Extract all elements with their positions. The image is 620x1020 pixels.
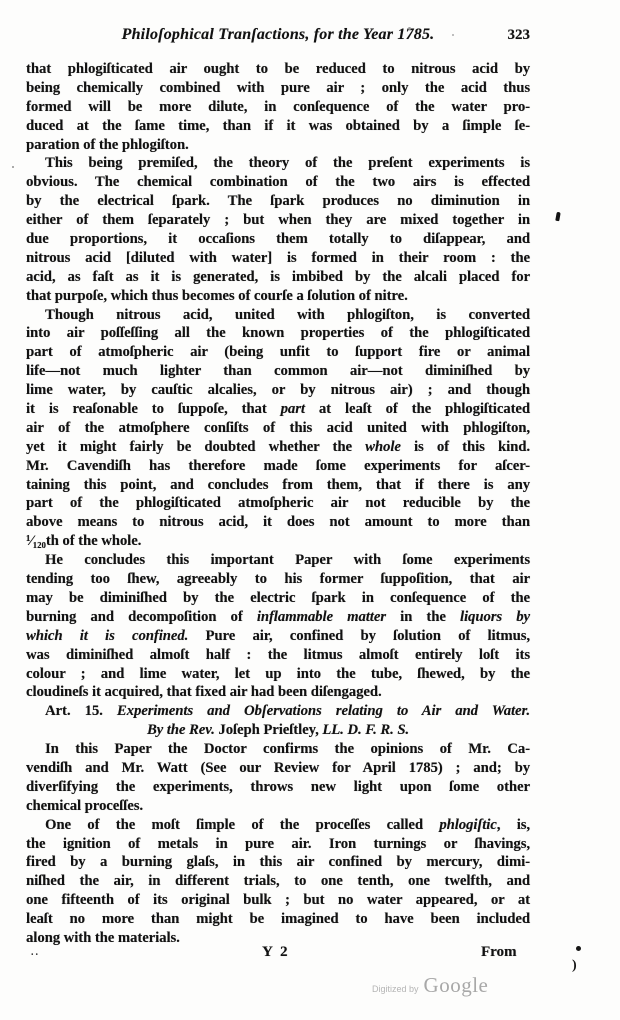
text-line: by the electrical ſpark. The ſpark produ… [26,192,530,211]
text-line: duced at the ſame time, than if it was o… [26,117,530,136]
text-line: tending too ſhew, agreeably to his forme… [26,570,530,589]
text-line: In this Paper the Doctor confirms the op… [26,740,530,759]
text-line: part of atmoſpheric air (being unfit to … [26,343,530,362]
page-number: 323 [508,27,531,44]
text-line: formed will be more dilute, in conſequen… [26,98,530,117]
text-line: above means to nitrous acid, it does not… [26,513,530,532]
text-line: obvious. The chemical combination of the… [26,173,530,192]
text-line: either of them ſeparately ; but when the… [26,211,530,230]
text-line: By the Rev. Joſeph Prieſtley, LL. D. F. … [26,721,530,740]
text-line: This being premiſed, the theory of the p… [26,154,530,173]
text-line: Mr. Cavendiſh has therefore made ſome ex… [26,457,530,476]
paragraph-3: Though nitrous acid, united with phlogiſ… [26,306,530,552]
text-line: diverſifying the experiments, throws new… [26,778,530,797]
ink-mark-paren: ) [572,958,577,974]
text-line: burning and decompoſition of inflammable… [26,608,530,627]
text-line: taining this point, and concludes from t… [26,476,530,495]
text-line: being chemically combined with pure air … [26,79,530,98]
text-line: air of the atmoſphere conſiſts of this a… [26,419,530,438]
text-line: acid, as faſt as it is generated, is imb… [26,268,530,287]
text-line: one fifteenth of its original bulk ; but… [26,891,530,910]
text-line: leaſt no more than might be imagined to … [26,910,530,929]
text-line: the ignition of metals in pure air. Iron… [26,835,530,854]
ink-speck-right-margin [555,212,561,222]
text-line: One of the moſt ſimple of the proceſſes … [26,816,530,835]
ink-speck-left-edge [12,166,14,168]
catchword: From [481,944,517,961]
page-body: that phlogiſticated air ought to be redu… [26,60,530,948]
text-line: yet it might fairly be doubted whether t… [26,438,530,457]
text-line: due proportions, it occaſions them total… [26,230,530,249]
signature-mark: Y 2 [262,944,290,961]
ink-speck-top-2 [452,34,454,36]
text-line: into air poſſeſſing all the known proper… [26,324,530,343]
watermark-prefix: Digitized by [372,984,419,994]
ink-dot-bottom-right [576,946,581,951]
text-line: lime water, by cauſtic alcalies, or by n… [26,381,530,400]
text-line: was diminiſhed almoſt half : the litmus … [26,646,530,665]
ink-speck-top-1 [408,27,411,30]
text-line: ¹⁄₁₂₀th of the whole. [26,532,530,551]
text-line: cloudineſs it acquired, that fixed air h… [26,683,530,702]
text-line: Though nitrous acid, united with phlogiſ… [26,306,530,325]
text-line: that phlogiſticated air ought to be redu… [26,60,530,79]
text-line: which it is confined. Pure air, confined… [26,627,530,646]
journal-title: Philoſophical Tranſactions, for the Year… [26,26,530,44]
paragraph-6: One of the moſt ſimple of the proceſſes … [26,816,530,948]
paragraph-1: that phlogiſticated air ought to be redu… [26,60,530,154]
scanned-book-page: Philoſophical Tranſactions, for the Year… [0,0,620,1020]
paragraph-2: This being premiſed, the theory of the p… [26,154,530,305]
text-line: fired by a burning glaſs, in this air co… [26,853,530,872]
text-line: may be diminiſhed by the electric ſpark … [26,589,530,608]
text-line: it is reaſonable to ſuppoſe, that part a… [26,400,530,419]
text-line: He concludes this important Paper with ſ… [26,551,530,570]
paragraph-4: He concludes this important Paper with ſ… [26,551,530,702]
text-line: colour ; and lime water, let up into the… [26,665,530,684]
text-line: vendiſh and Mr. Watt (See our Review for… [26,759,530,778]
google-watermark: Digitized by Google [372,973,488,998]
text-line: niſhed the air, in different trials, to … [26,872,530,891]
text-line: that purpoſe, which thus becomes of cour… [26,287,530,306]
byline: By the Rev. Joſeph Prieſtley, LL. D. F. … [26,721,530,740]
text-line: life—not much lighter than common air—no… [26,362,530,381]
text-line: paration of the phlogiſton. [26,136,530,155]
paragraph-5: In this Paper the Doctor confirms the op… [26,740,530,816]
text-line: chemical proceſſes. [26,797,530,816]
page-header: Philoſophical Tranſactions, for the Year… [26,26,530,48]
text-line: part of the phlogiſticated atmoſpheric a… [26,494,530,513]
google-logo: Google [424,973,489,998]
text-line: Art. 15. Experiments and Obſervations re… [26,702,530,721]
article-heading: Art. 15. Experiments and Obſervations re… [26,702,530,721]
ink-dots-left: .. [31,947,40,958]
text-line: nitrous acid [diluted with water] is for… [26,249,530,268]
